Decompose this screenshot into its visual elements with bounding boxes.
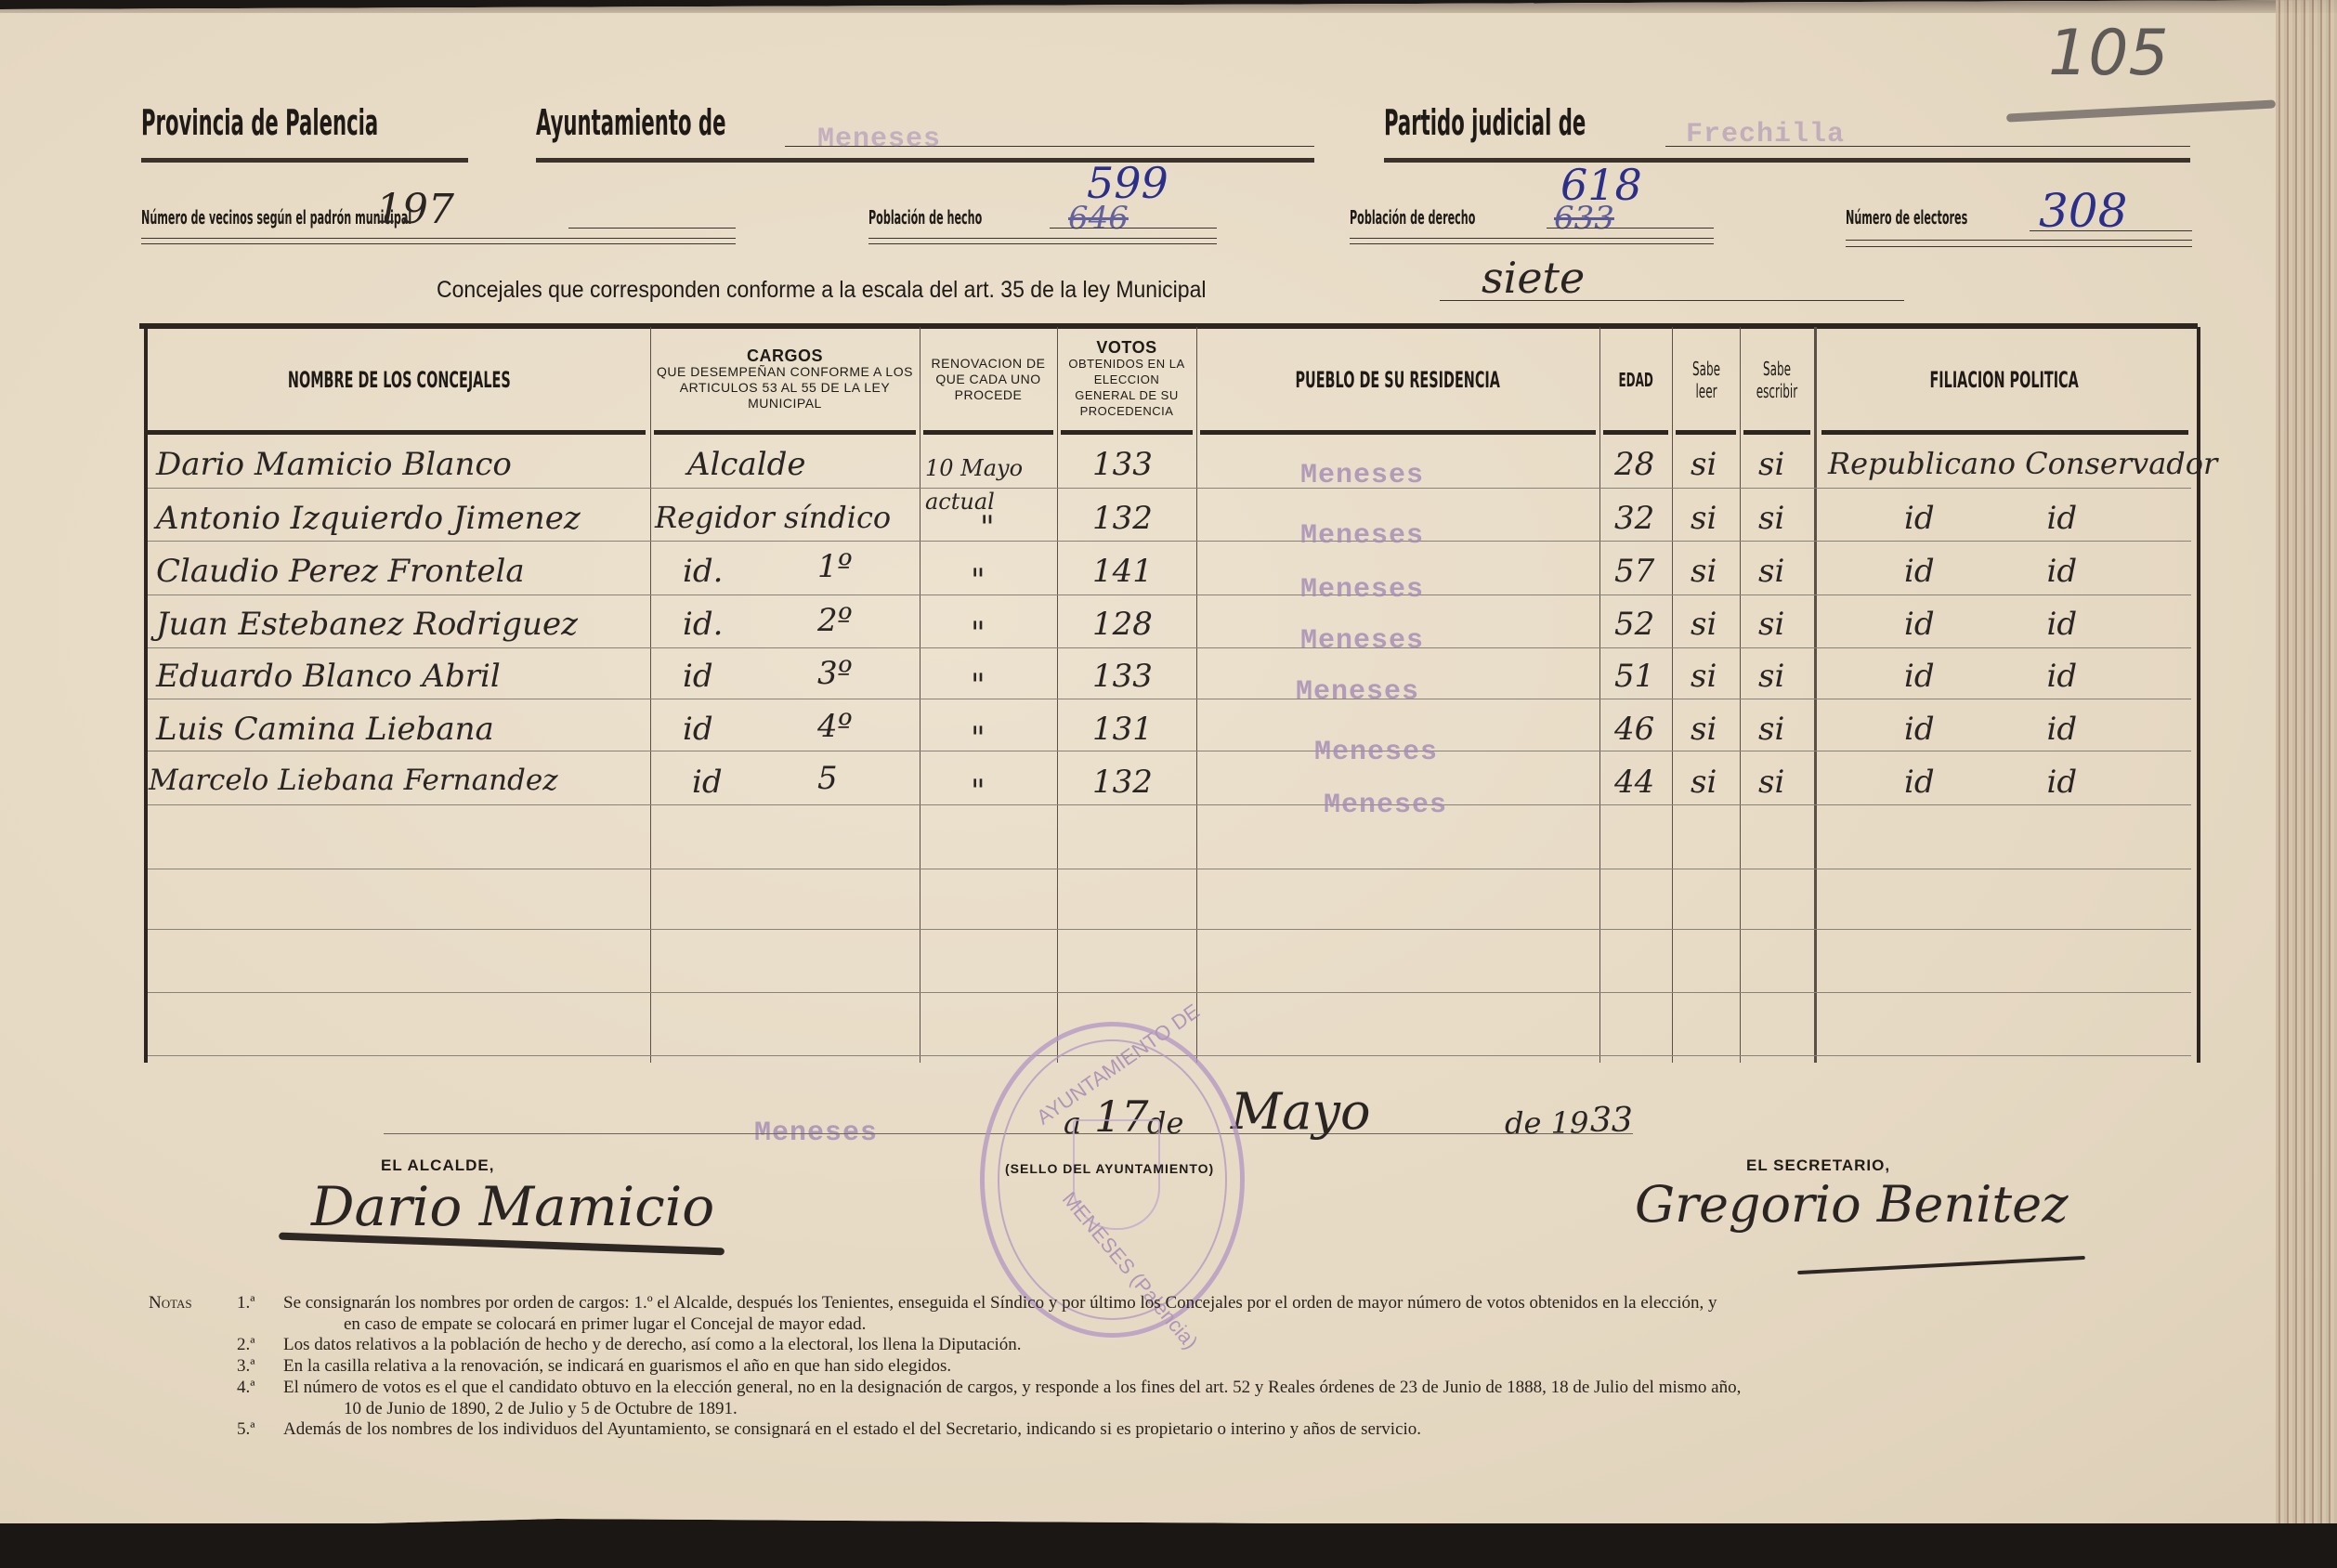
cell-edad: 51 [1614, 658, 1654, 695]
electores-rule-1 [1846, 240, 2192, 241]
note-text: El número de votos es el que el candidat… [283, 1378, 1741, 1397]
cell-escribir: si [1758, 764, 1784, 801]
partido-label: Partido judicial de [1384, 102, 1586, 143]
cell-nombre: Eduardo Blanco Abril [156, 658, 501, 695]
cell-cargo-num: 2º [817, 602, 853, 639]
ayuntamiento-underline [536, 158, 1314, 163]
col-divider [1672, 327, 1673, 1063]
cell-filiacion: id id [1904, 606, 2077, 643]
poblacion-derecho-value: 618 [1560, 160, 1642, 210]
concejales-field-line [1440, 300, 1904, 301]
row-rule [148, 595, 2191, 595]
th-votos: VOTOS OBTENIDOS EN LA ELECCION GENERAL D… [1057, 331, 1196, 428]
cell-leer: si [1691, 711, 1717, 748]
cell-cargo-num: 1º [817, 548, 853, 585]
note-text: Se consignarán los nombres por orden de … [283, 1293, 1717, 1313]
cell-cargo-num: 5 [817, 760, 838, 797]
header-rule [1061, 430, 1193, 435]
cell-pueblo-stamp: Meneses [1324, 790, 1447, 821]
th-votos-sub: OBTENIDOS EN LA ELECCION GENERAL DE SU P… [1057, 356, 1196, 419]
concejales-table [144, 327, 2200, 1063]
note-continuation: 10 de Junio de 1890, 2 de Julio y 5 de O… [149, 1399, 2229, 1419]
cell-pueblo-stamp: Meneses [1300, 460, 1424, 491]
note-continuation: en caso de empate se colocará en primer … [149, 1314, 2229, 1335]
cell-votos: 132 [1092, 764, 1153, 801]
note-item: 3.ª En la casilla relativa a la renovaci… [149, 1356, 2229, 1377]
poblacion-hecho-rule-2 [868, 243, 1217, 244]
header-rule [148, 430, 646, 435]
vecinos-rule-2 [141, 243, 736, 244]
electores-rule-2 [1846, 246, 2192, 247]
cell-nombre: Marcelo Liebana Fernandez [149, 764, 558, 797]
row-rule [148, 699, 2191, 699]
cell-escribir: si [1758, 606, 1784, 643]
th-cargos: CARGOS QUE DESEMPEÑAN CONFORME A LOS ART… [650, 331, 920, 428]
note-number: 5.ª [237, 1419, 255, 1440]
provincia-underline [141, 158, 468, 163]
th-sabe-leer: Sabe leer [1672, 331, 1740, 428]
row-rule [148, 869, 2191, 869]
col-divider [1599, 327, 1600, 1063]
header-rule [1821, 430, 2188, 435]
note-item: 2.ª Los datos relativos a la población d… [149, 1335, 2229, 1355]
poblacion-derecho-field-line [1547, 228, 1714, 229]
book-page-edges [2276, 0, 2337, 1523]
date-month: Mayo [1231, 1082, 1371, 1141]
col-divider [1740, 327, 1741, 1063]
cell-renovacion: " [971, 720, 986, 757]
th-pueblo-label: PUEBLO DE SU RESIDENCIA [1296, 367, 1500, 393]
th-nombre: NOMBRE DE LOS CONCEJALES [148, 331, 650, 428]
note-item: 4.ª El número de votos es el que el cand… [149, 1378, 2229, 1398]
partido-underline [1384, 158, 2190, 163]
row-rule [148, 804, 2191, 805]
cell-votos: 133 [1092, 446, 1153, 483]
folio-number: 105 [2048, 17, 2169, 90]
folio-underline-stroke [2006, 99, 2276, 122]
municipal-seal: AYUNTAMIENTO DE MENESES (Palencia) [980, 1022, 1245, 1338]
cell-filiacion: id id [1904, 711, 2077, 748]
note-number: 1.ª [237, 1293, 255, 1313]
cell-renovacion: " [980, 509, 995, 546]
cell-edad: 28 [1614, 446, 1654, 483]
header-rule [654, 430, 916, 435]
row-rule [148, 647, 2191, 648]
note-text: Además de los nombres de los individuos … [283, 1419, 1421, 1439]
date-year-prefix: de 19 [1505, 1105, 1588, 1141]
th-renovacion: RENOVACION DE QUE CADA UNO PROCEDE [920, 331, 1057, 428]
cell-votos: 132 [1092, 500, 1153, 537]
cell-renovacion: " [971, 562, 986, 599]
row-rule [148, 751, 2191, 751]
cell-pueblo-stamp: Meneses [1300, 520, 1424, 552]
cell-nombre: Antonio Izquierdo Jimenez [156, 500, 581, 537]
th-sabe-escribir: Sabe escribir [1740, 331, 1814, 428]
ayuntamiento-stamp: Meneses [817, 124, 941, 155]
note-number: 4.ª [237, 1378, 255, 1398]
notes-section: Notas 1.ª Se consignarán los nombres por… [149, 1293, 2229, 1441]
cell-cargo-num: 4º [817, 708, 853, 745]
cell-cargo: id. [683, 606, 723, 643]
cell-cargo: Alcalde [687, 446, 806, 483]
cell-leer: si [1691, 658, 1717, 695]
notes-heading: Notas [149, 1293, 192, 1313]
cell-escribir: si [1758, 711, 1784, 748]
cell-escribir: si [1758, 658, 1784, 695]
concejales-value: siete [1482, 253, 1585, 303]
note-item: 5.ª Además de los nombres de los individ… [149, 1419, 2229, 1440]
sello-label: (SELLO DEL AYUNTAMIENTO) [1005, 1161, 1214, 1176]
cell-pueblo-stamp: Meneses [1314, 737, 1438, 768]
vecinos-value: 197 [376, 186, 454, 233]
cell-nombre: Dario Mamicio Blanco [156, 446, 512, 483]
poblacion-hecho-label: Población de hecho [868, 206, 982, 229]
cell-cargo: id. [683, 553, 723, 590]
cell-nombre: Claudio Perez Frontela [156, 553, 525, 590]
col-divider [650, 327, 651, 1063]
cell-pueblo-stamp: Meneses [1296, 676, 1419, 708]
cell-renovacion: " [971, 773, 986, 810]
ayuntamiento-label: Ayuntamiento de [536, 102, 725, 143]
th-sabe-escribir-label: Sabe escribir [1755, 358, 1799, 402]
th-pueblo: PUEBLO DE SU RESIDENCIA [1196, 331, 1599, 428]
row-rule [148, 488, 2191, 489]
header-rule [1200, 430, 1596, 435]
row-rule [148, 541, 2191, 542]
poblacion-derecho-rule-2 [1350, 243, 1714, 244]
provincia-title: Provincia de Palencia [141, 102, 378, 143]
cell-leer: si [1691, 553, 1717, 590]
cell-edad: 52 [1614, 606, 1654, 643]
col-divider [1057, 327, 1058, 1063]
secretario-label: EL SECRETARIO, [1746, 1156, 1890, 1175]
note-text: Los datos relativos a la población de he… [283, 1335, 1022, 1354]
cell-cargo: Regidor síndico [655, 500, 891, 535]
cell-pueblo-stamp: Meneses [1300, 574, 1424, 606]
th-cargos-title: CARGOS [747, 348, 823, 364]
col-divider [1814, 327, 1817, 1063]
cell-votos: 141 [1092, 553, 1153, 590]
cell-edad: 46 [1614, 711, 1654, 748]
th-sabe-leer-label: Sabe leer [1690, 358, 1723, 402]
concejales-label: Concejales que corresponden conforme a l… [437, 277, 1206, 304]
cell-cargo: id [692, 764, 723, 801]
poblacion-hecho-field-line [1050, 228, 1217, 229]
col-divider [1196, 327, 1197, 1063]
th-edad: EDAD [1599, 331, 1672, 428]
vecinos-rule-1 [141, 238, 736, 239]
col-divider [920, 327, 920, 1063]
cell-leer: si [1691, 500, 1717, 537]
row-rule [148, 992, 2191, 993]
poblacion-hecho-value: 599 [1087, 158, 1168, 208]
cell-edad: 57 [1614, 553, 1654, 590]
cell-cargo: id [683, 658, 713, 695]
cell-escribir: si [1758, 553, 1784, 590]
th-filiacion: FILIACION POLITICA [1817, 331, 2191, 428]
cell-votos: 131 [1092, 711, 1153, 748]
cell-votos: 133 [1092, 658, 1153, 695]
cell-nombre: Luis Camina Liebana [156, 711, 494, 748]
note-text: En la casilla relativa a la renovación, … [283, 1356, 951, 1376]
th-cargos-sub: QUE DESEMPEÑAN CONFORME A LOS ARTICULOS … [650, 364, 920, 412]
cell-filiacion: id id [1904, 658, 2077, 695]
document-page: 105 Provincia de Palencia Ayuntamiento d… [0, 0, 2337, 1523]
cell-nombre: Juan Estebanez Rodriguez [156, 606, 578, 643]
cell-votos: 128 [1092, 606, 1153, 643]
header-rule [1676, 430, 1736, 435]
alcalde-signature: Dario Mamicio [311, 1175, 714, 1238]
row-rule [148, 929, 2191, 930]
note-number: 2.ª [237, 1335, 255, 1355]
note-item: Notas 1.ª Se consignarán los nombres por… [149, 1293, 2229, 1313]
cell-edad: 44 [1614, 764, 1654, 801]
cell-filiacion: Republicano Conservador [1828, 446, 2217, 481]
electores-field-line [2030, 230, 2192, 231]
cell-leer: si [1691, 606, 1717, 643]
vecinos-field-line [568, 228, 736, 229]
cell-renovacion: " [971, 615, 986, 652]
poblacion-hecho-rule-1 [868, 238, 1217, 239]
cell-leer: si [1691, 446, 1717, 483]
header-rule [923, 430, 1053, 435]
secretario-flourish [1797, 1256, 2085, 1274]
cell-filiacion: id id [1904, 553, 2077, 590]
partido-stamp: Frechilla [1686, 119, 1845, 150]
cell-leer: si [1691, 764, 1717, 801]
vecinos-label: Número de vecinos según el padrón munici… [141, 206, 411, 229]
cell-filiacion: id id [1904, 500, 2077, 537]
th-nombre-label: NOMBRE DE LOS CONCEJALES [288, 367, 511, 393]
date-year-suffix: 33 [1590, 1102, 1633, 1140]
cell-filiacion: id id [1904, 764, 2077, 801]
th-edad-label: EDAD [1618, 369, 1652, 391]
cell-escribir: si [1758, 500, 1784, 537]
th-votos-title: VOTOS [1096, 340, 1156, 356]
book-top-edge [0, 0, 2337, 13]
cell-edad: 32 [1614, 500, 1654, 537]
cell-pueblo-stamp: Meneses [1300, 625, 1424, 657]
th-filiacion-label: FILIACION POLITICA [1929, 367, 2078, 393]
note-number: 3.ª [237, 1356, 255, 1377]
header-rule [1603, 430, 1668, 435]
poblacion-derecho-rule-1 [1350, 238, 1714, 239]
cell-renovacion: " [971, 667, 986, 704]
cell-cargo: id [683, 711, 713, 748]
electores-label: Número de electores [1846, 206, 1967, 229]
poblacion-derecho-label: Población de derecho [1350, 206, 1475, 229]
header-rule [1743, 430, 1810, 435]
cell-escribir: si [1758, 446, 1784, 483]
alcalde-label: EL ALCALDE, [381, 1156, 494, 1175]
cell-cargo-num: 3º [817, 655, 853, 692]
secretario-signature: Gregorio Benitez [1635, 1175, 2069, 1234]
th-renovacion-label: RENOVACION DE QUE CADA UNO PROCEDE [923, 356, 1053, 403]
